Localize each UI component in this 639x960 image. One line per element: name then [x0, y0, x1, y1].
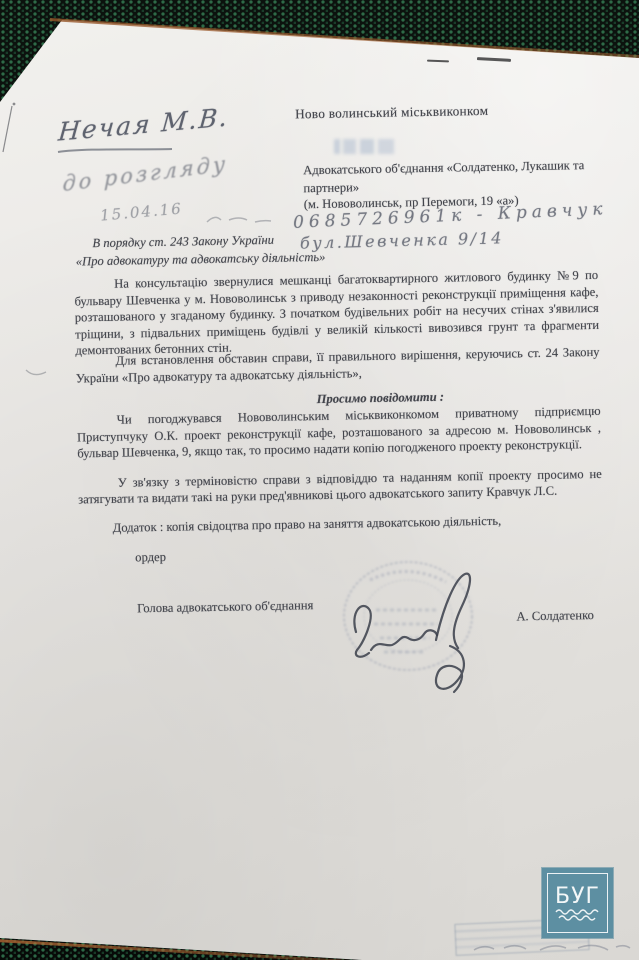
waves-icon [555, 908, 601, 922]
document-paper: Ново волинський міськвиконком Адвокатськ… [0, 0, 639, 960]
bug-logo-text: БУГ [555, 886, 600, 908]
bottom-faint-scribble [470, 938, 635, 960]
body-paragraph-3: Чи погоджувався Нововолинським міськвико… [77, 403, 602, 462]
photo-scene: Ново волинський міськвиконком Адвокатськ… [0, 0, 639, 960]
legal-basis-line1: В порядку ст. 243 Закону України [92, 232, 274, 252]
sender-name: Адвокатського об'єднання «Солдатенко, Лу… [303, 156, 592, 197]
recipient-header: Ново волинський міськвиконком [295, 103, 488, 123]
resolution-underline [56, 146, 176, 156]
resolution-scribble [205, 210, 275, 230]
attachment-line: Додаток : копія свідоцтва про право на з… [79, 511, 599, 537]
body-paragraph-4: У зв'язку з терміновістю справи з відпов… [78, 467, 602, 508]
document-content: Ново волинський міськвиконком Адвокатськ… [0, 0, 639, 960]
legal-basis-line2: «Про адвокатуру та адвокатську діяльніст… [76, 249, 326, 270]
signer-title: Голова адвокатського об'єднання [137, 597, 313, 617]
signature [336, 552, 506, 712]
signer-name: А. Солдатенко [516, 607, 594, 625]
bug-logo: БУГ [542, 868, 613, 938]
attachment-line-2: ордер [135, 549, 166, 566]
bug-logo-frame: БУГ [547, 873, 608, 933]
